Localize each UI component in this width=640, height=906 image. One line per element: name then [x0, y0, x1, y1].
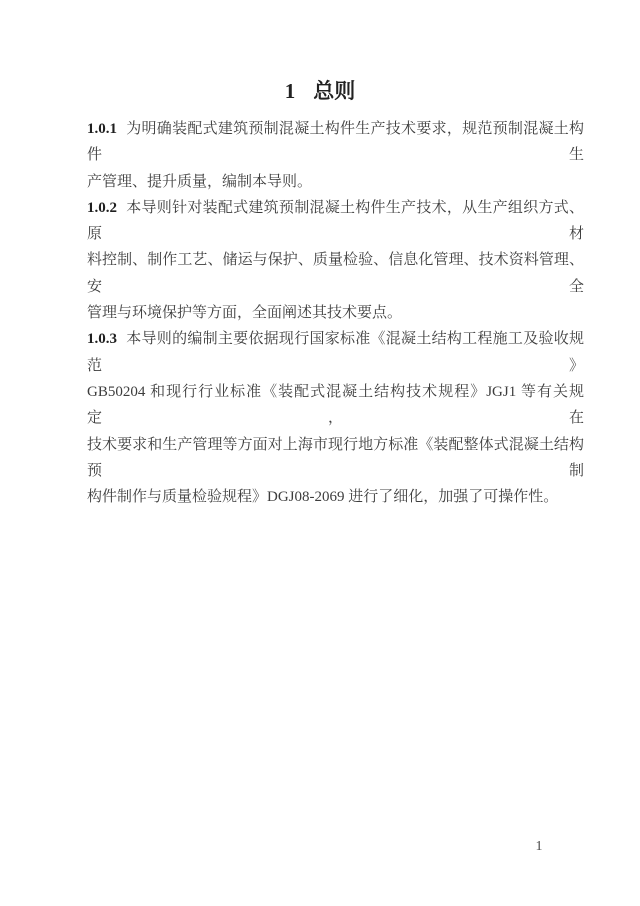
clause-line: 料控制、制作工艺、储运与保护、质量检验、信息化管理、技术资料管理、安全 [87, 247, 584, 300]
clause-1-0-1: 1.0.1为明确装配式建筑预制混凝土构件生产技术要求，规范预制混凝土构件生 产管… [87, 116, 584, 195]
clause-number: 1.0.1 [87, 121, 117, 137]
page-title: 1总则 [0, 79, 640, 103]
clause-text: 为明确装配式建筑预制混凝土构件生产技术要求，规范预制混凝土构件生 [87, 121, 584, 163]
clause-1-0-3: 1.0.3本导则的编制主要依据现行国家标准《混凝土结构工程施工及验收规范》 GB… [87, 326, 584, 510]
clause-line: 1.0.3本导则的编制主要依据现行国家标准《混凝土结构工程施工及验收规范》 [87, 326, 584, 379]
clause-number: 1.0.2 [87, 200, 117, 216]
clause-line: 产管理、提升质量，编制本导则。 [87, 169, 584, 195]
page-number: 1 [524, 838, 554, 856]
clause-line: 1.0.1为明确装配式建筑预制混凝土构件生产技术要求，规范预制混凝土构件生 [87, 116, 584, 169]
document-body: 1.0.1为明确装配式建筑预制混凝土构件生产技术要求，规范预制混凝土构件生 产管… [87, 116, 584, 510]
document-page: 1总则 1.0.1为明确装配式建筑预制混凝土构件生产技术要求，规范预制混凝土构件… [0, 0, 640, 906]
chapter-number: 1 [285, 79, 296, 103]
clause-1-0-2: 1.0.2本导则针对装配式建筑预制混凝土构件生产技术，从生产组织方式、原材 料控… [87, 195, 584, 326]
chapter-title: 总则 [313, 79, 355, 103]
clause-line: 管理与环境保护等方面，全面阐述其技术要点。 [87, 300, 584, 326]
clause-number: 1.0.3 [87, 331, 117, 347]
clause-line: GB50204 和现行行业标准《装配式混凝土结构技术规程》JGJ1 等有关规定，… [87, 379, 584, 432]
clause-line: 构件制作与质量检验规程》DGJ08-2069 进行了细化，加强了可操作性。 [87, 484, 584, 510]
clause-text: 本导则的编制主要依据现行国家标准《混凝土结构工程施工及验收规范》 [87, 331, 584, 373]
clause-line: 1.0.2本导则针对装配式建筑预制混凝土构件生产技术，从生产组织方式、原材 [87, 195, 584, 248]
clause-line: 技术要求和生产管理等方面对上海市现行地方标准《装配整体式混凝土结构预制 [87, 432, 584, 485]
clause-text: 本导则针对装配式建筑预制混凝土构件生产技术，从生产组织方式、原材 [87, 200, 584, 242]
